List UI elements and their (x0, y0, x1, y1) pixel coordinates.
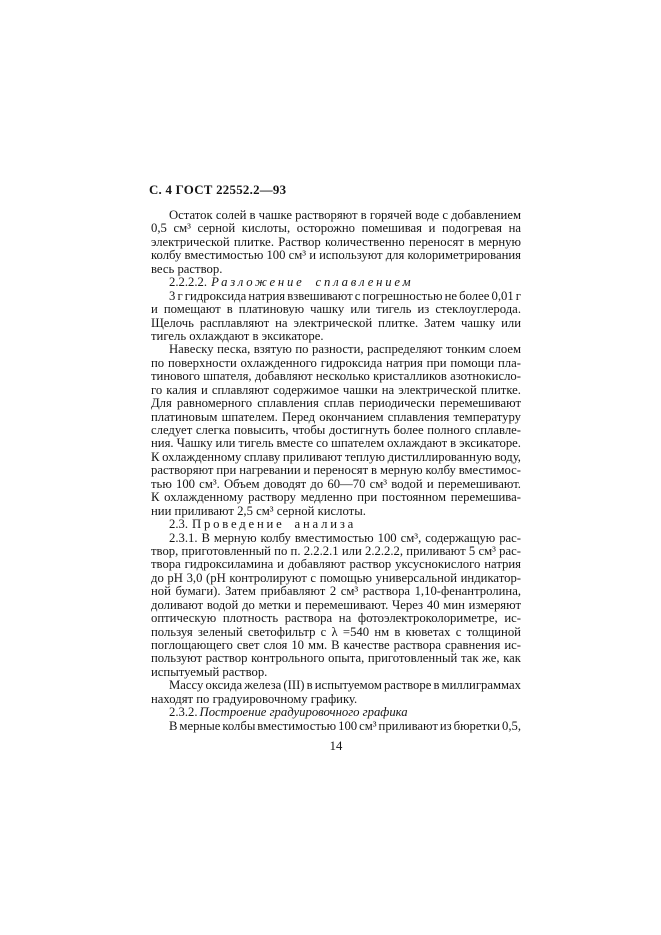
text-line: поглощающего свет слоя 10 мм. В качестве… (151, 639, 521, 652)
section-number: 2.3. (169, 517, 188, 531)
document-page: С. 4 ГОСТ 22552.2—93 Остаток солей в чаш… (0, 0, 661, 935)
text-line: электрической плитке. Раствор количестве… (151, 236, 521, 249)
text-line: К охлажденному раствору медленно при пос… (151, 491, 521, 504)
text-line: доливают водой до метки и перемешивают. … (151, 599, 521, 612)
text-line: пользуя зеленый светофильтр с λ =540 нм … (151, 626, 521, 639)
text-line: В мерные колбы вместимостью 100 см³ прил… (151, 720, 521, 733)
text-line: до pH 3,0 (pH контролируют с помощью уни… (151, 572, 521, 585)
text-line: ния. Чашку или тигель вместе со шпателем… (151, 437, 521, 450)
section-title: Разложение сплавлением (211, 275, 413, 289)
text-line: твор, приготовленный по п. 2.2.2.1 или 2… (151, 545, 521, 558)
text-line: го калия и сплавляют содержимое чашки на… (151, 384, 521, 397)
section-title: Проведение анализа (192, 517, 356, 531)
text-line: находят по градуировочному графику. (151, 693, 521, 706)
text-line: 2.3.1. В мерную колбу вместимостью 100 с… (151, 532, 521, 545)
text-line: 0,5 см³ серной кислоты, осторожно помеши… (151, 222, 521, 235)
text-line: твора гидроксиламина и добавляют раствор… (151, 558, 521, 571)
text-line: Для равномерного сплавления сплав период… (151, 397, 521, 410)
section-number: 2.2.2.2. (169, 275, 207, 289)
text-line: нии приливают 2,5 см³ серной кислоты. (151, 505, 521, 518)
text-line: оптическую плотность раствора на фотоэле… (151, 612, 521, 625)
text-line: Массу оксида железа (III) в испытуемом р… (151, 679, 521, 692)
text-line: по поверхности охлажденного гидроксида н… (151, 357, 521, 370)
text-line: Щелочь расплавляют на электрической плит… (151, 317, 521, 330)
text-line: растворяют при нагревании и переносят в … (151, 464, 521, 477)
section-heading: 2.3.2.Построение градуировочного графика (151, 706, 521, 719)
text-line: К охлажденному сплаву приливают теплую д… (151, 451, 521, 464)
section-title: Построение градуировочного графика (200, 705, 408, 719)
section-heading: 2.2.2.2.Разложение сплавлением (151, 276, 521, 289)
text-line: пользуют раствор контрольного опыта, при… (151, 652, 521, 665)
text-line: платиновым шпателем. Перед окончанием сп… (151, 411, 521, 424)
text-line: 3 г гидроксида натрия взвешивают с погре… (151, 290, 521, 303)
text-line: тинового шпателя, добавляют несколько кр… (151, 370, 521, 383)
section-number: 2.3.2. (169, 705, 198, 719)
text-line: весь раствор. (151, 263, 521, 276)
section-heading: 2.3.Проведение анализа (151, 518, 521, 531)
text-line: тью 100 см³. Объем доводят до 60—70 см³ … (151, 478, 521, 491)
text-line: Навеску песка, взятую по разности, распр… (151, 343, 521, 356)
text-line: колбу вместимостью 100 см³ и используют … (151, 249, 521, 262)
text-line: следует слегка повысить, чтобы достигнут… (151, 424, 521, 437)
text-line: Остаток солей в чашке растворяют в горяч… (151, 209, 521, 222)
running-header: С. 4 ГОСТ 22552.2—93 (149, 183, 286, 198)
text-line: и помещают в платиновую чашку или тигель… (151, 303, 521, 316)
text-line: тигель охлаждают в эксикаторе. (151, 330, 521, 343)
text-line: испытуемый раствор. (151, 666, 521, 679)
text-line: ной бумаги). Затем прибавляют 2 см³ раст… (151, 585, 521, 598)
text-block: Остаток солей в чашке растворяют в горяч… (151, 209, 521, 733)
page-number: 14 (151, 739, 521, 754)
